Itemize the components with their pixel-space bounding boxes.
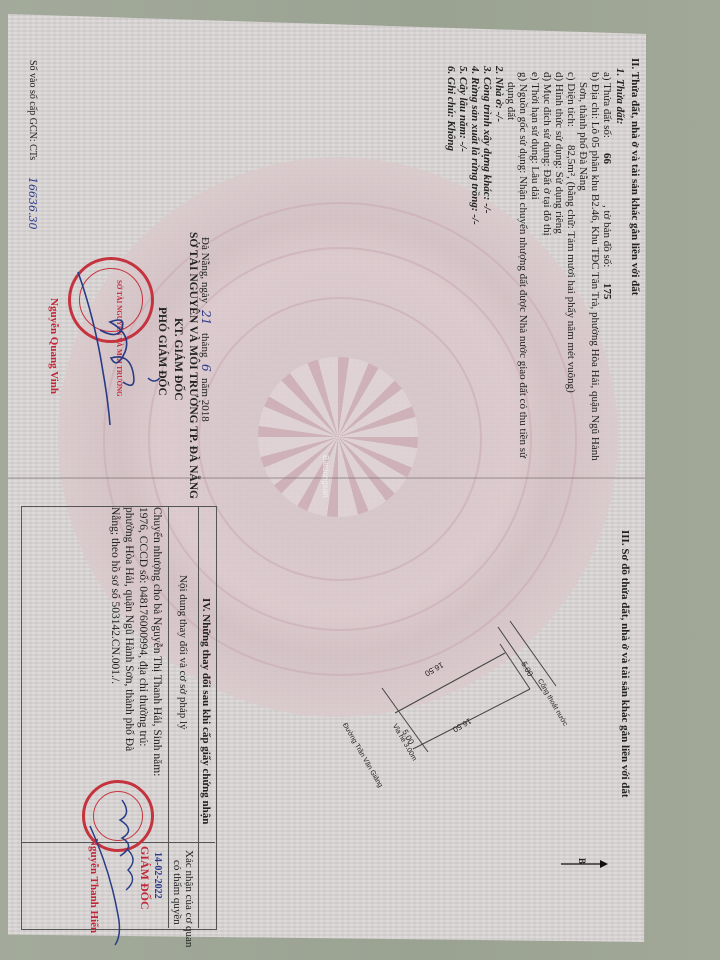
signature-hien — [0, 0, 720, 960]
